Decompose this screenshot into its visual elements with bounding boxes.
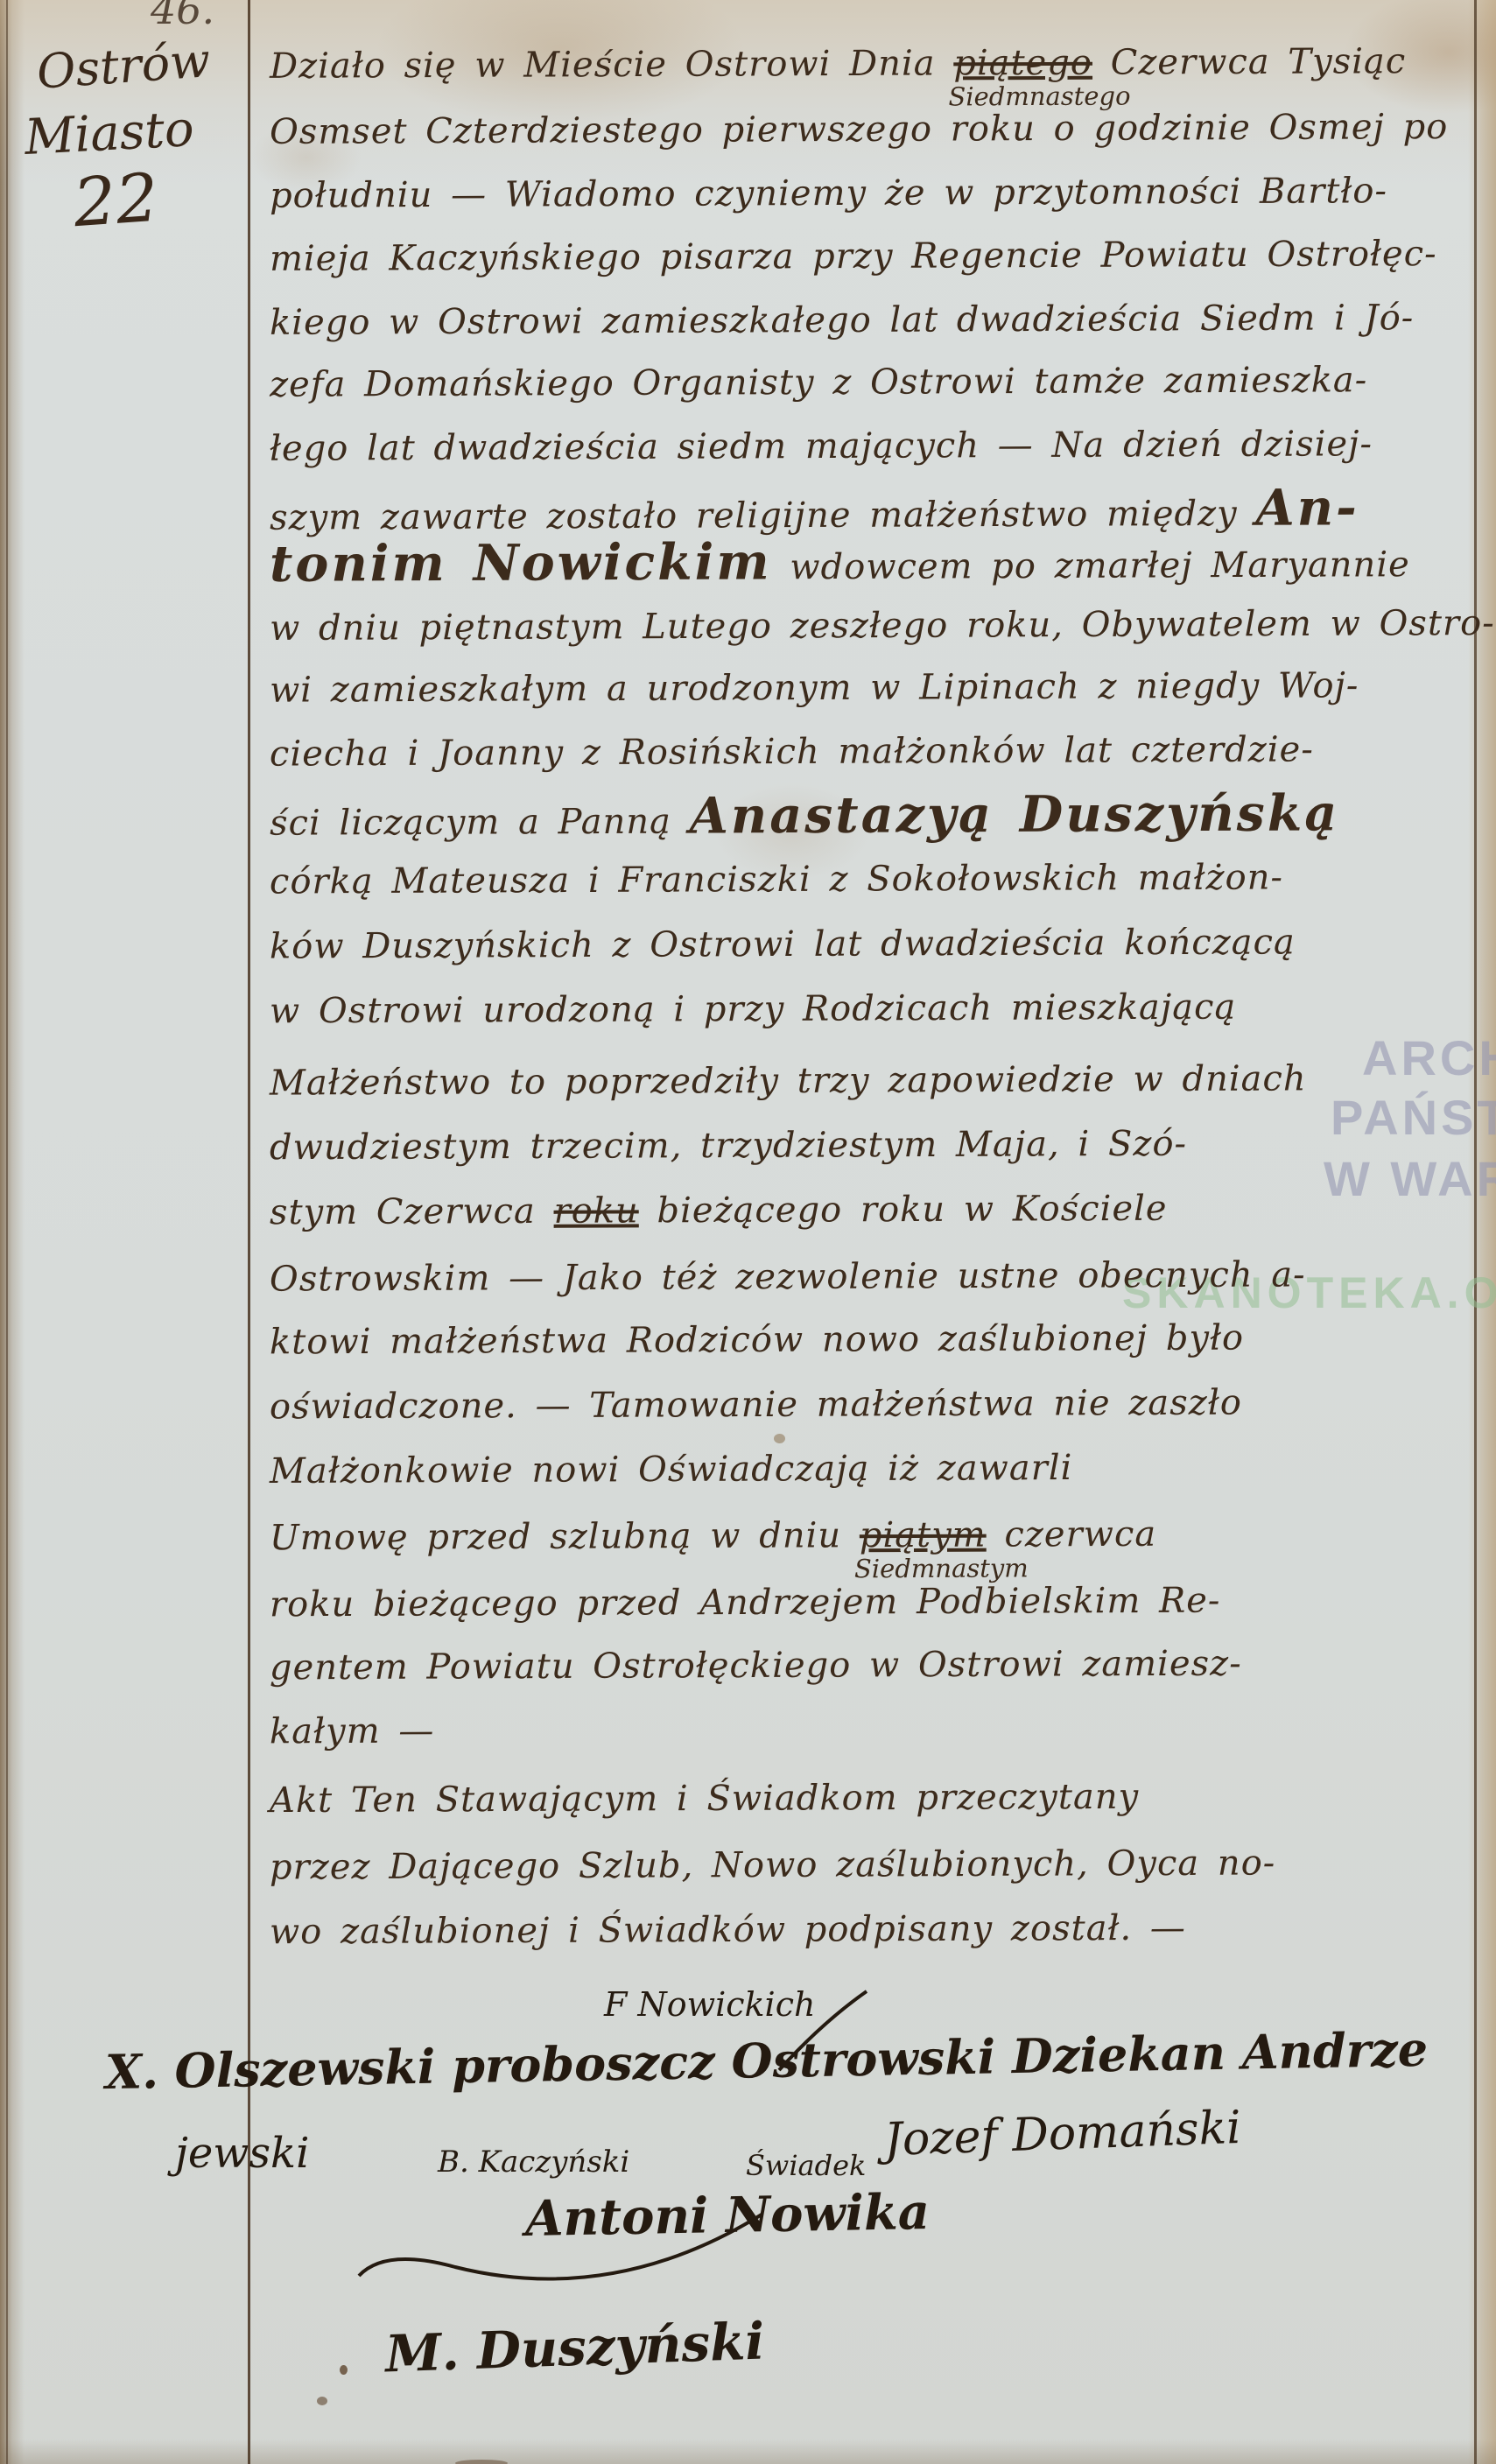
body-line-13: ści liczącym a Panną Anastazyą Duszyńską — [270, 783, 1340, 846]
body-line-5: kiego w Ostrowi zamieszkałego lat dwadzi… — [270, 298, 1414, 343]
body-line-27: kałym — — [270, 1711, 434, 1752]
interline-correction: Siedmnastym — [854, 1553, 1029, 1583]
signature-clerk: B. Kaczyński — [438, 2145, 629, 2180]
signature-witness-label: Świadek — [746, 2149, 866, 2182]
body-line-20: Ostrowskim — Jako téż zezwolenie ustne o… — [270, 1254, 1306, 1299]
body-line-18: dwudziestym trzecim, trzydziestym Maja, … — [270, 1124, 1187, 1169]
body-line-23: Małżonkowie nowi Oświadczają iż zawarli — [270, 1448, 1073, 1492]
signature-groom: Antoni Nowika — [524, 2183, 930, 2248]
body-line-22: oświadczone. — Tamowanie małżeństwa nie … — [270, 1383, 1242, 1428]
body-line-19: stym Czerwca roku bieżącego roku w Kości… — [270, 1189, 1168, 1232]
body-line-12: ciecha i Joanny z Rosińskich małżonków l… — [270, 729, 1314, 774]
body-line-14: córką Mateusza i Franciszki z Sokołowski… — [270, 857, 1283, 902]
document-page: 46. Ostrów Miasto 22 ARCH PAŃST W WAR SK… — [0, 0, 1496, 2464]
body-line-1: Działo się w Mieście Ostrowi Dnia piąteg… — [270, 41, 1406, 87]
body-line-4: mieja Kaczyńskiego pisarza przy Regencie… — [270, 234, 1437, 279]
body-line-17: Małżeństwo to poprzedziły trzy zapowiedz… — [270, 1058, 1307, 1103]
body-line-29: przez Dającego Szlub, Nowo zaślubionych,… — [270, 1843, 1275, 1887]
body-line-16: w Ostrowi urodzoną i przy Rodzicach mies… — [270, 987, 1237, 1032]
signature-nowickich-note: F Nowickich — [604, 1985, 815, 2024]
bride-name: Anastazyą Duszyńską — [689, 783, 1339, 845]
body-line-15: ków Duszyńskich z Ostrowi lat dwadzieści… — [270, 922, 1296, 966]
body-line-10: w dniu piętnastym Lutego zeszłego roku, … — [270, 603, 1495, 649]
signature-priest-continuation: jewski — [175, 2129, 309, 2178]
struck-word: piątym — [860, 1515, 987, 1556]
struck-word: roku — [553, 1190, 638, 1231]
body-line-21: ktowi małżeństwa Rodziców nowo zaślubion… — [270, 1318, 1244, 1363]
body-line-6: zefa Domańskiego Organisty z Ostrowi tam… — [270, 360, 1367, 404]
body-line-25: roku bieżącego przed Andrzejem Podbielsk… — [270, 1581, 1221, 1625]
body-line-28: Akt Ten Stawającym i Świadkom przeczytan… — [270, 1777, 1139, 1821]
body-line-24: Umowę przed szlubną w dniu piątymSiedmna… — [270, 1514, 1156, 1558]
body-line-26: gentem Powiatu Ostrołęckiego w Ostrowi z… — [270, 1644, 1242, 1688]
body-line-11: wi zamieszkałym a urodzonym w Lipinach z… — [270, 665, 1359, 710]
body-line-30: wo zaślubionej i Świadków podpisany zost… — [270, 1908, 1186, 1953]
interline-correction: Siedmnastego — [948, 81, 1130, 112]
body-line-3: południu — Wiadomo czyniemy że w przytom… — [270, 171, 1387, 216]
groom-name: tonim Nowickim — [270, 532, 772, 593]
body-line-7: łego lat dwadzieścia siedm mających — Na… — [270, 424, 1373, 468]
body-line-2: Osmset Czterdziestego pierwszego roku o … — [270, 107, 1448, 152]
struck-word: piątego — [953, 43, 1092, 84]
groom-name-start: An- — [1255, 478, 1359, 537]
body-line-9: tonim Nowickim wdowcem po zmarłej Maryan… — [270, 530, 1410, 593]
